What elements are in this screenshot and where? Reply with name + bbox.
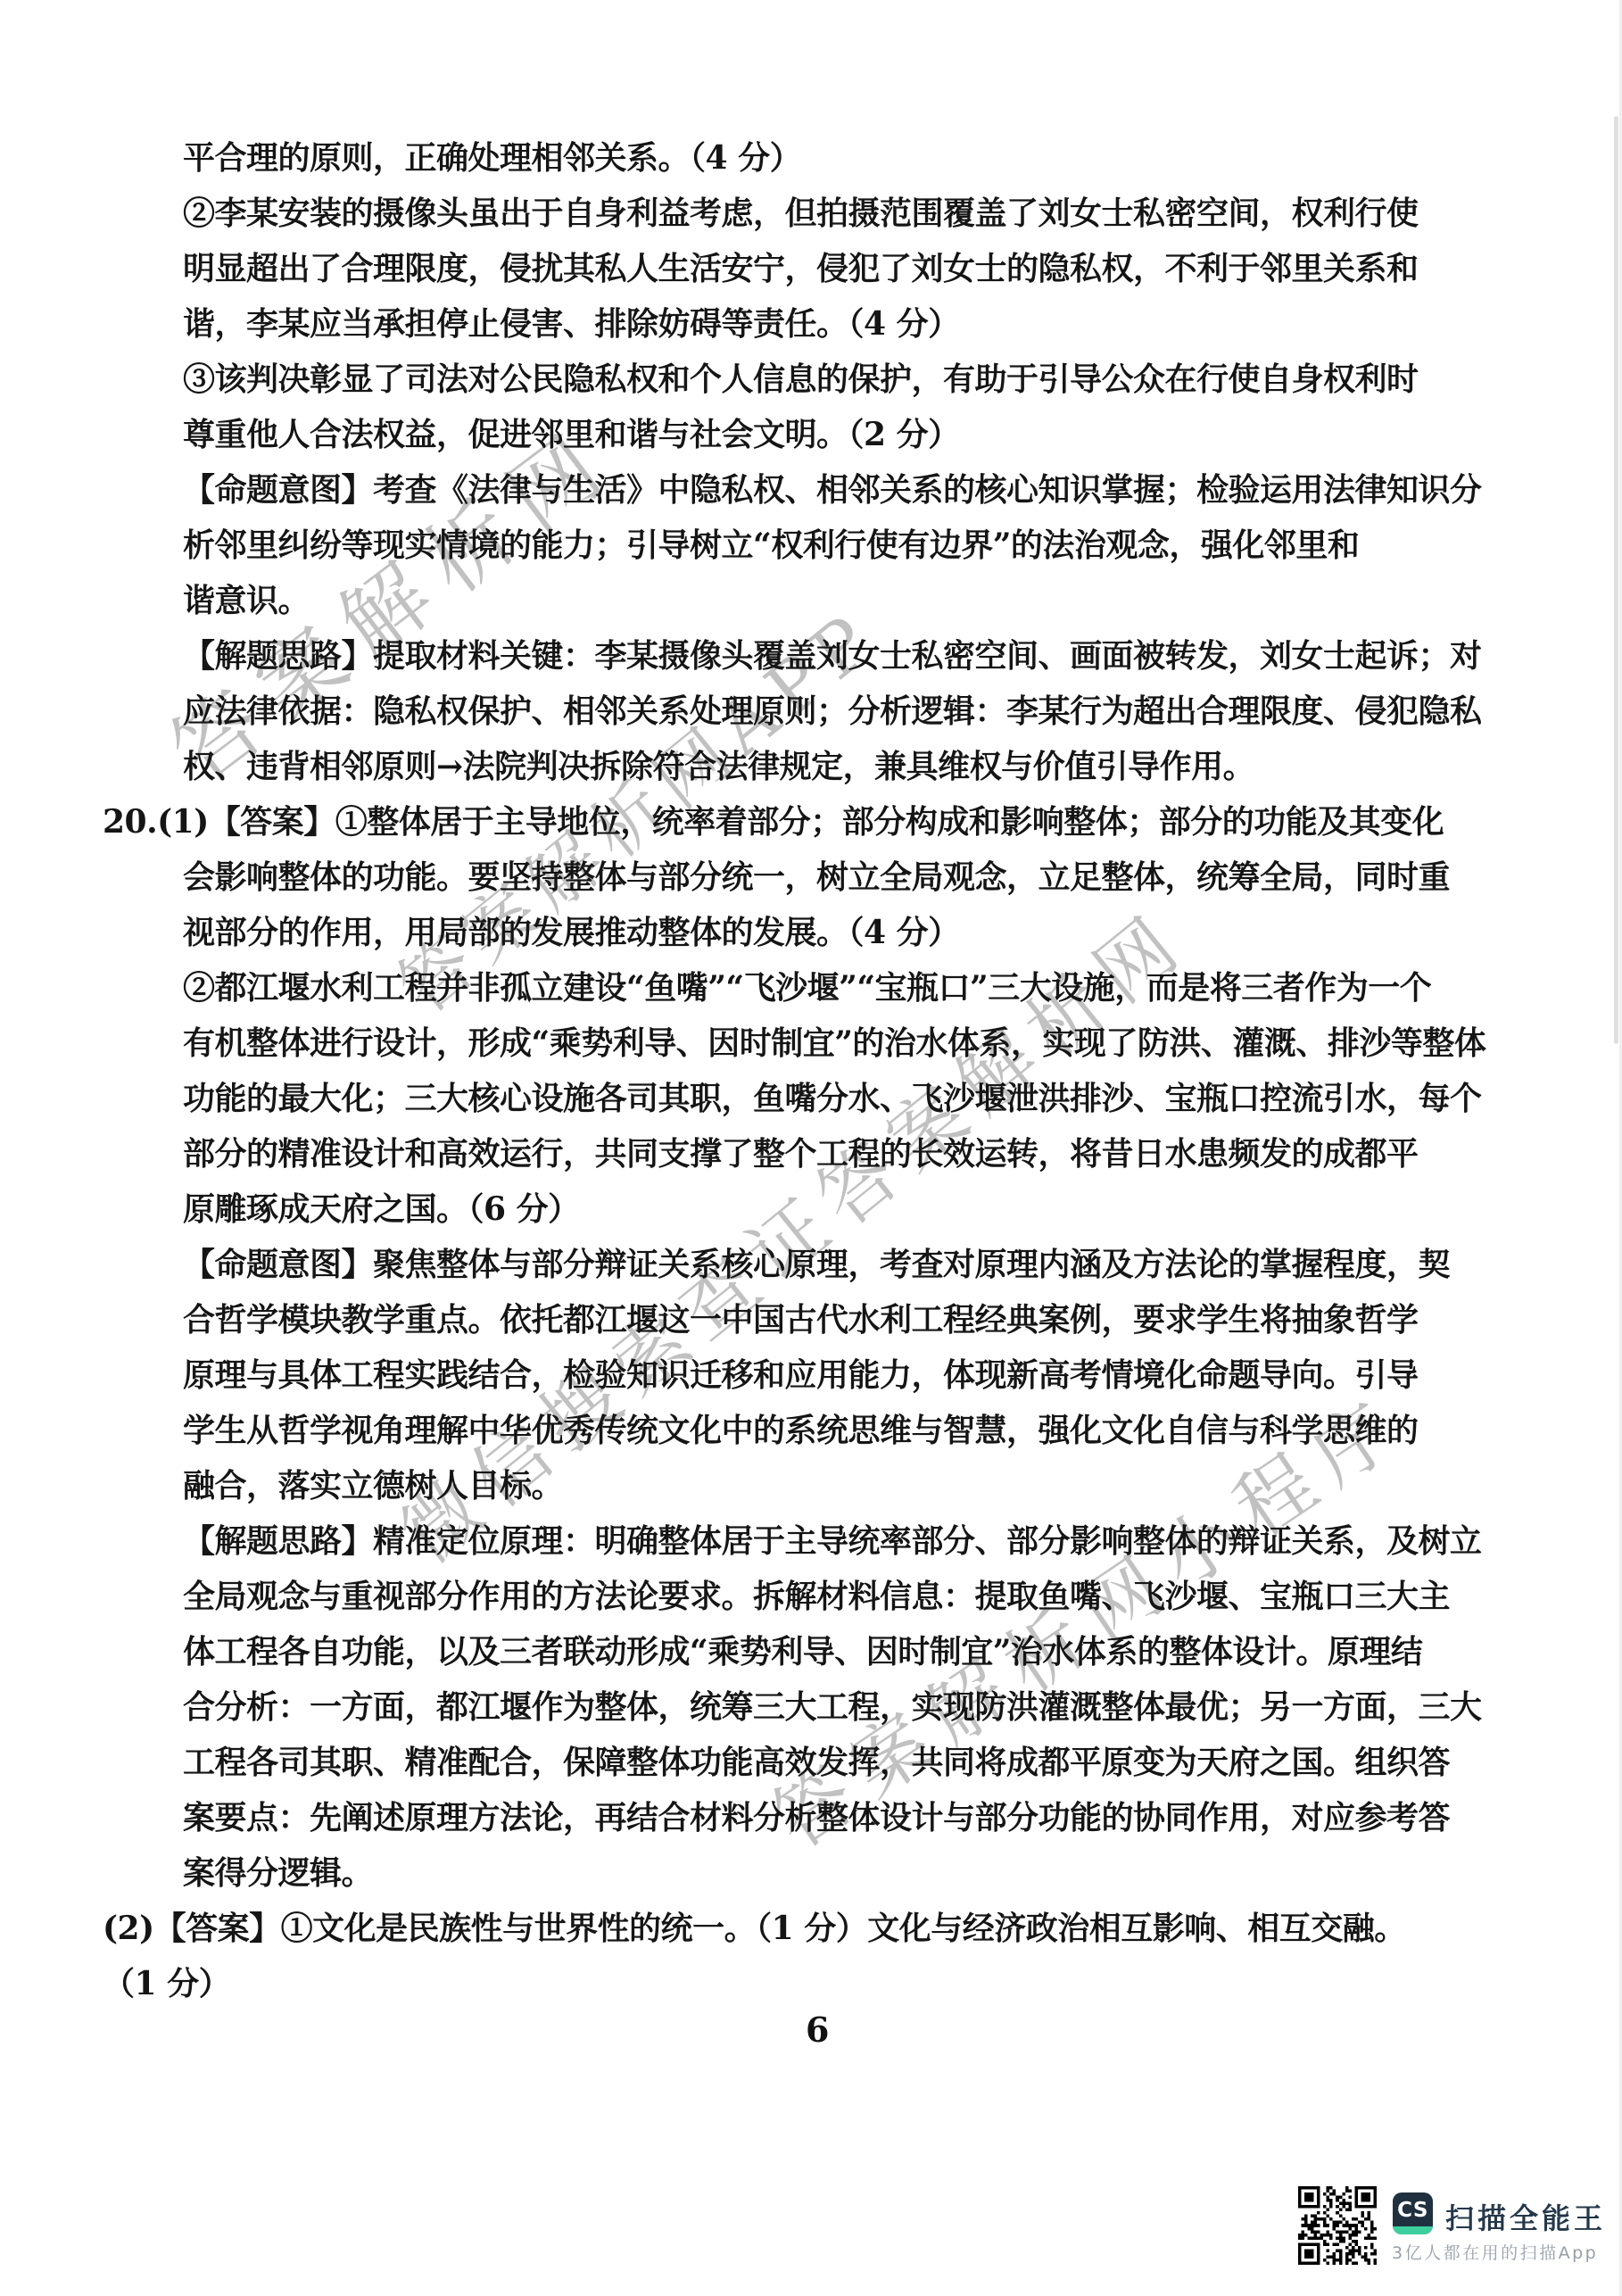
document-line: 平合理的原则，正确处理相邻关系。（4 分） xyxy=(183,130,1410,186)
document-line: 原雕琢成天府之国。（6 分） xyxy=(183,1181,1410,1237)
document-line: ②李某安装的摄像头虽出于自身利益考虑，但拍摄范围覆盖了刘女士私密空间，权利行使 xyxy=(183,186,1410,241)
qr-code xyxy=(1298,2186,1377,2265)
logo-accent-strip xyxy=(1393,2226,1433,2234)
document-line: 尊重他人合法权益，促进邻里和谐与社会文明。（2 分） xyxy=(183,407,1410,462)
document-line: ③该判决彰显了司法对公民隐私权和个人信息的保护，有助于引导公众在行使自身权利时 xyxy=(183,352,1410,407)
camscanner-logo: CS xyxy=(1393,2192,1433,2234)
document-line: (2)【答案】①文化是民族性与世界性的统一。（1 分）文化与经济政治相互影响、相… xyxy=(103,1901,1410,1956)
document-line: 有机整体进行设计，形成“乘势利导、因时制宜”的治水体系，实现了防洪、灌溉、排沙等… xyxy=(183,1015,1410,1071)
document-line: 体工程各自功能，以及三者联动形成“乘势利导、因时制宜”治水体系的整体设计。原理结 xyxy=(183,1624,1410,1679)
document-lines: 平合理的原则，正确处理相邻关系。（4 分）②李某安装的摄像头虽出于自身利益考虑，… xyxy=(183,130,1410,2011)
scanner-tagline: 3亿人都在用的扫描App xyxy=(1392,2240,1598,2264)
document-line: 谐意识。 xyxy=(183,573,1410,628)
document-line: 权、违背相邻原则→法院判决拆除符合法律规定，兼具维权与价值引导作用。 xyxy=(183,739,1410,794)
document-line: 原理与具体工程实践结合，检验知识迁移和应用能力，体现新高考情境化命题导向。引导 xyxy=(183,1347,1410,1403)
document-line: 明显超出了合理限度，侵扰其私人生活安宁，侵犯了刘女士的隐私权，不利于邻里关系和 xyxy=(183,241,1410,296)
document-line: 融合，落实立德树人目标。 xyxy=(183,1458,1410,1513)
document-line: 谐，李某应当承担停止侵害、排除妨碍等责任。（4 分） xyxy=(183,296,1410,352)
scanned-document-page: 答案解析网答案解析网APP微信搜索查证答案解析网答案解析网小程序 平合理的原则，… xyxy=(0,0,1622,2296)
document-line: 会影响整体的功能。要坚持整体与部分统一，树立全局观念，立足整体，统筹全局，同时重 xyxy=(183,850,1410,905)
document-line: 部分的精准设计和高效运行，共同支撑了整个工程的长效运转，将昔日水患频发的成都平 xyxy=(183,1126,1410,1181)
document-line: 20.(1)【答案】①整体居于主导地位，统率着部分；部分构成和影响整体；部分的功… xyxy=(103,794,1410,850)
document-line: 【命题意图】聚焦整体与部分辩证关系核心原理，考查对原理内涵及方法论的掌握程度，契 xyxy=(183,1237,1410,1292)
document-line: 案得分逻辑。 xyxy=(183,1845,1410,1901)
document-line: 合哲学模块教学重点。依托都江堰这一中国古代水利工程经典案例，要求学生将抽象哲学 xyxy=(183,1292,1410,1347)
document-line: 【解题思路】精准定位原理：明确整体居于主导统率部分、部分影响整体的辩证关系，及树… xyxy=(183,1513,1410,1569)
document-line: ②都江堰水利工程并非孤立建设“鱼嘴”“飞沙堰”“宝瓶口”三大设施，而是将三者作为… xyxy=(183,960,1410,1015)
document-line: （1 分） xyxy=(103,1956,1410,2011)
document-line: 工程各司其职、精准配合，保障整体功能高效发挥，共同将成都平原变为天府之国。组织答 xyxy=(183,1735,1410,1790)
document-line: 功能的最大化；三大核心设施各司其职，鱼嘴分水、飞沙堰泄洪排沙、宝瓶口控流引水，每… xyxy=(183,1071,1410,1126)
document-line: 全局观念与重视部分作用的方法论要求。拆解材料信息：提取鱼嘴、飞沙堰、宝瓶口三大主 xyxy=(183,1569,1410,1624)
document-line: 案要点：先阐述原理方法论，再结合材料分析整体设计与部分功能的协同作用，对应参考答 xyxy=(183,1790,1410,1845)
document-line: 析邻里纠纷等现实情境的能力；引导树立“权利行使有边界”的法治观念，强化邻里和 xyxy=(183,518,1410,573)
page-number: 6 xyxy=(806,2010,829,2050)
document-line: 【命题意图】考查《法律与生活》中隐私权、相邻关系的核心知识掌握；检验运用法律知识… xyxy=(183,462,1410,518)
document-line: 学生从哲学视角理解中华优秀传统文化中的系统思维与智慧，强化文化自信与科学思维的 xyxy=(183,1403,1410,1458)
document-line: 合分析：一方面，都江堰作为整体，统筹三大工程，实现防洪灌溉整体最优；另一方面，三… xyxy=(183,1679,1410,1735)
scan-edge-artifact xyxy=(1614,116,1618,1044)
document-line: 视部分的作用，用局部的发展推动整体的发展。（4 分） xyxy=(183,905,1410,960)
document-line: 【解题思路】提取材料关键：李某摄像头覆盖刘女士私密空间、画面被转发，刘女士起诉；… xyxy=(183,628,1410,684)
scanner-app-name: 扫描全能王 xyxy=(1445,2196,1606,2237)
camscanner-logo-label: CS xyxy=(1393,2194,1433,2226)
document-line: 应法律依据：隐私权保护、相邻关系处理原则；分析逻辑：李某行为超出合理限度、侵犯隐… xyxy=(183,684,1410,739)
